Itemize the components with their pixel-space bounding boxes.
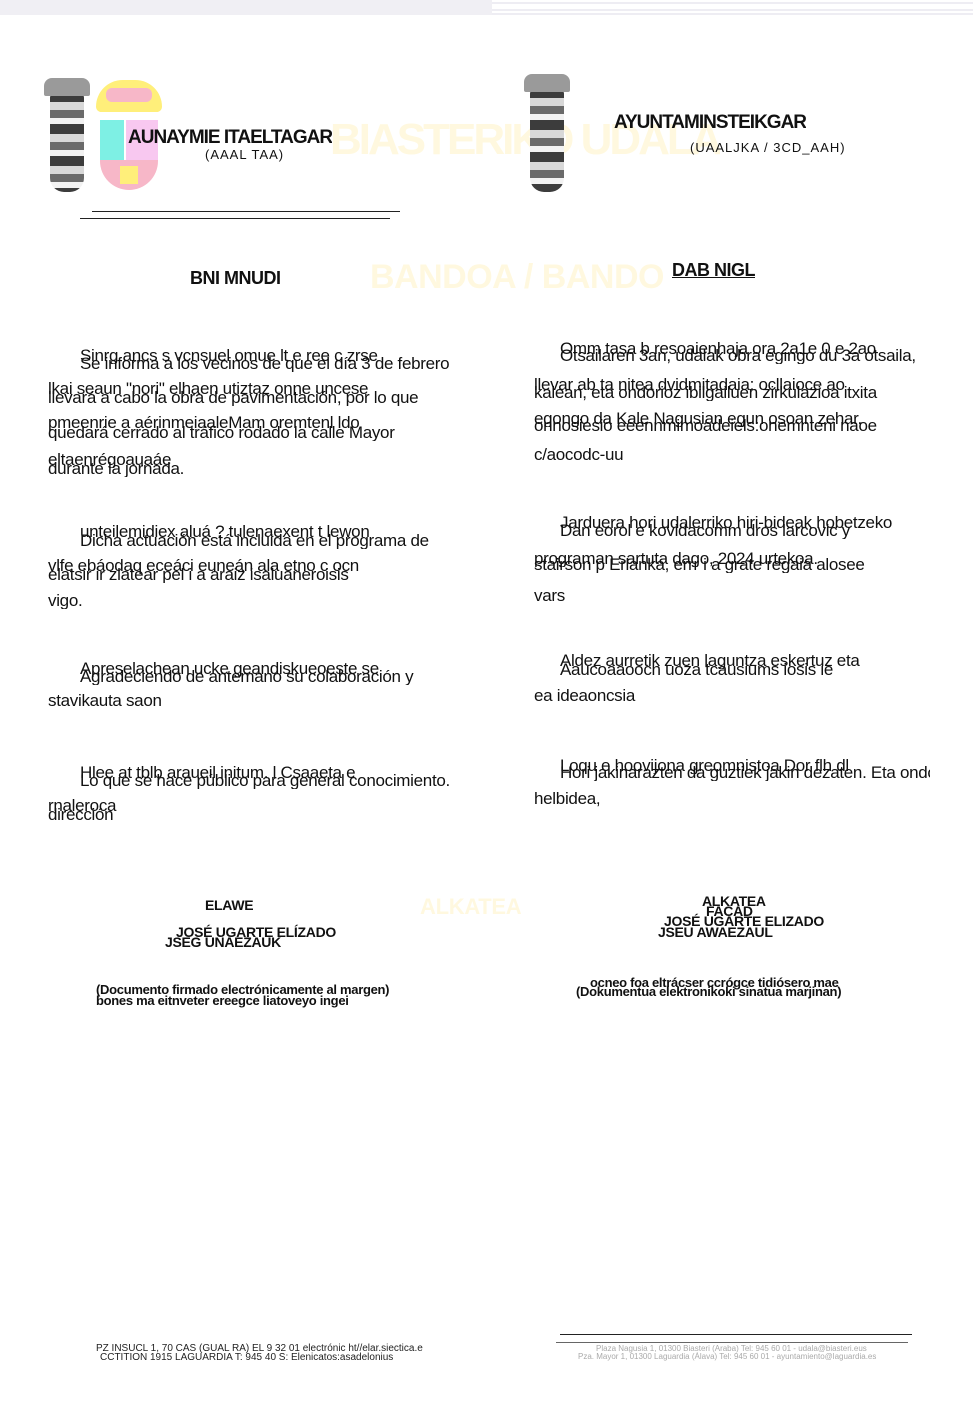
paragraph-line: helbidea, — [534, 790, 614, 807]
signature-name-overlay: JSEU AWAEZAUL — [658, 924, 773, 940]
header-title: AYUNTAMINSTEIKGAR — [614, 112, 806, 134]
paragraph-line: Se informa a los vecinos de que el día 3… — [80, 355, 450, 372]
paragraph-line: durante la jornada. — [48, 460, 188, 477]
paragraph-line: vigo. — [48, 592, 108, 609]
footer-line: CCTITION 1915 LAGUARDIA T: 945 40 S: Ele… — [100, 1352, 393, 1363]
paragraph-line: Agradeciendo de antemano su colaboración… — [80, 668, 450, 685]
ghost-heading: BANDOA / BANDO — [370, 258, 664, 297]
signature-note: bones ma eitnveter ereegce liatoveyo ing… — [96, 993, 349, 1008]
paragraph-line: Dicha actuación está incluida en el prog… — [80, 532, 450, 549]
top-band — [0, 0, 492, 15]
coat-of-arms-gray-icon — [530, 88, 564, 192]
footer-line: Pza. Mayor 1, 01300 Laguardia (Álava) Te… — [578, 1352, 876, 1361]
paragraph-line: quedará cerrado al tráfico rodado la cal… — [48, 424, 450, 441]
ghost-signature: ALKATEA — [420, 894, 521, 920]
signature-name-overlay: JSEG UNAEZAUK — [165, 934, 281, 950]
footer-rule — [556, 1342, 908, 1343]
coat-of-arms-gray-icon — [50, 92, 84, 192]
paragraph-line: Aaucoaaoocn uoza tcausiums iosis ie — [560, 661, 930, 678]
header-subtitle: (UAALJKA / 3CD_AAH) — [690, 140, 846, 155]
paragraph-line: dirección — [48, 806, 118, 823]
paragraph-line: onnosiesio eeennmimoadeiels:onemnteni na… — [534, 417, 930, 434]
paragraph-line: stavikauta saon — [48, 692, 188, 709]
paragraph-line: vars — [534, 587, 594, 604]
paragraph-line: ea ideaoncsia — [534, 687, 674, 704]
heading: BNI MNUDI — [190, 268, 281, 289]
heading: DAB NIGL — [672, 260, 755, 281]
header-subtitle: (AAAL TAA) — [205, 147, 284, 162]
paragraph-line: llevará a cabo la obra de pavimentación,… — [48, 389, 450, 406]
paragraph-line: kalean, eta ondorioz ibilgailuen zirkula… — [534, 384, 930, 401]
paragraph-line: stairson p Erlanka, errr i a grate regai… — [534, 556, 930, 573]
top-band-right — [492, 0, 973, 15]
signature-note: (Dokumentua elektronikoki sinatua marjin… — [576, 984, 841, 999]
header-title: AUNAYMIE ITAELTAGAR — [128, 127, 332, 149]
paragraph-line: elatsir ir zlatear pel i a araiz isaluan… — [48, 566, 450, 583]
paragraph-line: Hori jakinarazten da guztiek jakin dezat… — [560, 764, 930, 781]
footer-rule — [560, 1334, 912, 1335]
header-rule — [80, 218, 390, 219]
paragraph-line: c/aocodc-uu — [534, 446, 664, 463]
paragraph-line: Otsailaren 3an, udalak obra egingo du 3a… — [560, 347, 930, 364]
header-rule — [92, 211, 400, 212]
signature-label: ELAWE — [205, 897, 253, 913]
paragraph-line: Lo que se hace público para general cono… — [80, 772, 450, 789]
paragraph-line: Dan eorol e kovidacomm dros larcovic y — [560, 522, 930, 539]
